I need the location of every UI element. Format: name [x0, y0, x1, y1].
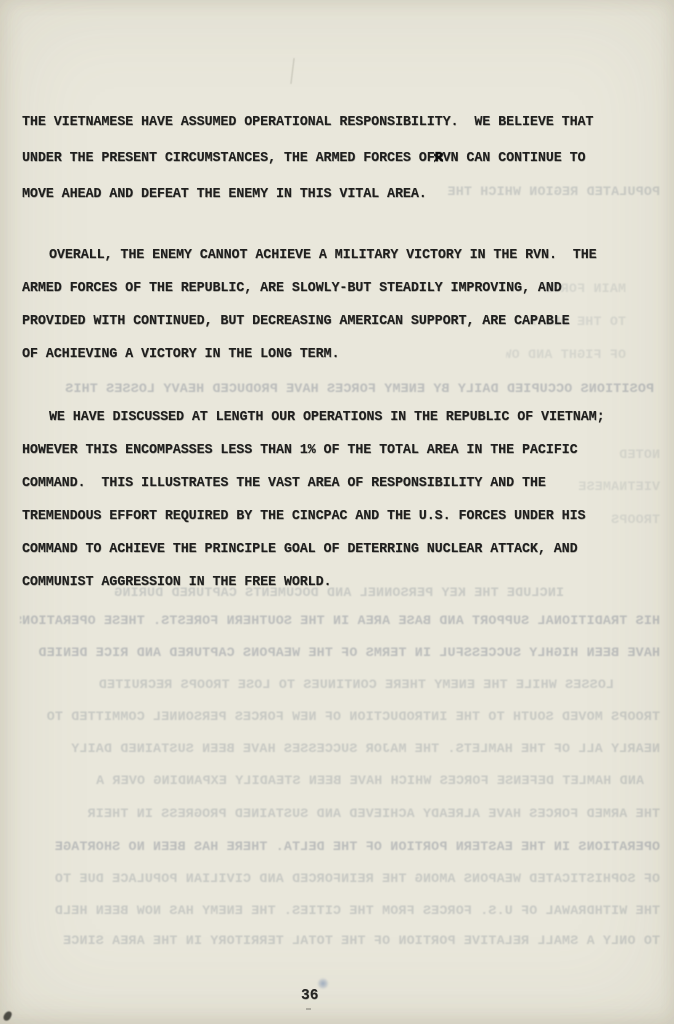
paragraph-1: THE VIETNAMESE HAVE ASSUMED OPERATIONAL …	[22, 105, 593, 213]
overstruck-character: R	[435, 151, 443, 166]
text-segment: UNDER THE PRESENT CIRCUMSTANCES, THE ARM…	[22, 151, 435, 166]
text-line: PROVIDED WITH CONTINUED, BUT DECREASING …	[22, 305, 597, 338]
bleedthrough-line: THE ARMED FORCES HAVE ALREADY ACHIEVED A…	[20, 806, 660, 822]
paper-speck	[2, 1010, 12, 1022]
text-segment: VN CAN CONTINUE TO	[443, 151, 586, 166]
text-line: ARMED FORCES OF THE REPUBLIC, ARE SLOWLY…	[22, 272, 597, 305]
text-line: MOVE AHEAD AND DEFEAT THE ENEMY IN THIS …	[22, 177, 593, 213]
bleedthrough-line: THE WITHDRAWAL OF U.S. FORCES FROM THE C…	[20, 903, 660, 919]
bleedthrough-line: AND HAMLET DEFENSE FORCES WHICH HAVE BEE…	[20, 773, 644, 789]
bleedthrough-line: OPERATIONS IN THE EASTERN PORTION OF THE…	[20, 839, 660, 855]
text-line: COMMUNIST AGGRESSION IN THE FREE WORLD.	[22, 566, 605, 599]
paper-fiber	[290, 58, 294, 84]
text-line: OF ACHIEVING A VICTORY IN THE LONG TERM.	[22, 338, 597, 371]
text-line: OVERALL, THE ENEMY CANNOT ACHIEVE A MILI…	[22, 239, 597, 272]
text-line: HOWEVER THIS ENCOMPASSES LESS THAN 1% OF…	[22, 434, 605, 467]
text-line-with-overstrike: UNDER THE PRESENT CIRCUMSTANCES, THE ARM…	[22, 141, 593, 177]
scanned-document-page: POPULATED REGION WHICH THE MAIN FORCE TO…	[0, 0, 674, 1024]
bleedthrough-line: LOSSES WHILE THE ENEMY THERE CONTINUES T…	[20, 677, 614, 693]
text-line: COMMAND TO ACHIEVE THE PRINCIPLE GOAL OF…	[22, 533, 605, 566]
paragraph-2: OVERALL, THE ENEMY CANNOT ACHIEVE A MILI…	[22, 239, 597, 371]
ink-smudge	[317, 978, 329, 989]
text-line: THE VIETNAMESE HAVE ASSUMED OPERATIONAL …	[22, 105, 593, 141]
bleedthrough-line: NEARLY ALL OF THE HAMLETS. THE MAJOR SUC…	[34, 741, 660, 757]
text-line: WE HAVE DISCUSSED AT LENGTH OUR OPERATIO…	[22, 401, 605, 434]
bleedthrough-line: POSITIONS OCCUPIED DAILY BY ENEMY FORCES…	[25, 381, 654, 397]
bleedthrough-line: HAVE BEEN HIGHLY SUCCESSFUL IN TERMS OF …	[20, 645, 660, 661]
text-line: COMMAND. THIS ILLUSTRATES THE VAST AREA …	[22, 467, 605, 500]
page-number: 36	[301, 988, 318, 1004]
bleedthrough-line: TROOPS MOVED SOUTH TO THE INTRODUCTION O…	[20, 709, 660, 725]
bleedthrough-line: HIS TRADITIONAL SUPPORT AND BASE AREA IN…	[20, 613, 660, 629]
bleedthrough-line: TO ONLY A SMALL RELATIVE PORTION OF THE …	[20, 933, 660, 949]
paragraph-3: WE HAVE DISCUSSED AT LENGTH OUR OPERATIO…	[22, 401, 605, 599]
text-line: TREMENDOUS EFFORT REQUIRED BY THE CINCPA…	[22, 500, 605, 533]
bleedthrough-line: OF SOPHISTICATED WEAPONS AMONG THE REINF…	[20, 871, 660, 887]
